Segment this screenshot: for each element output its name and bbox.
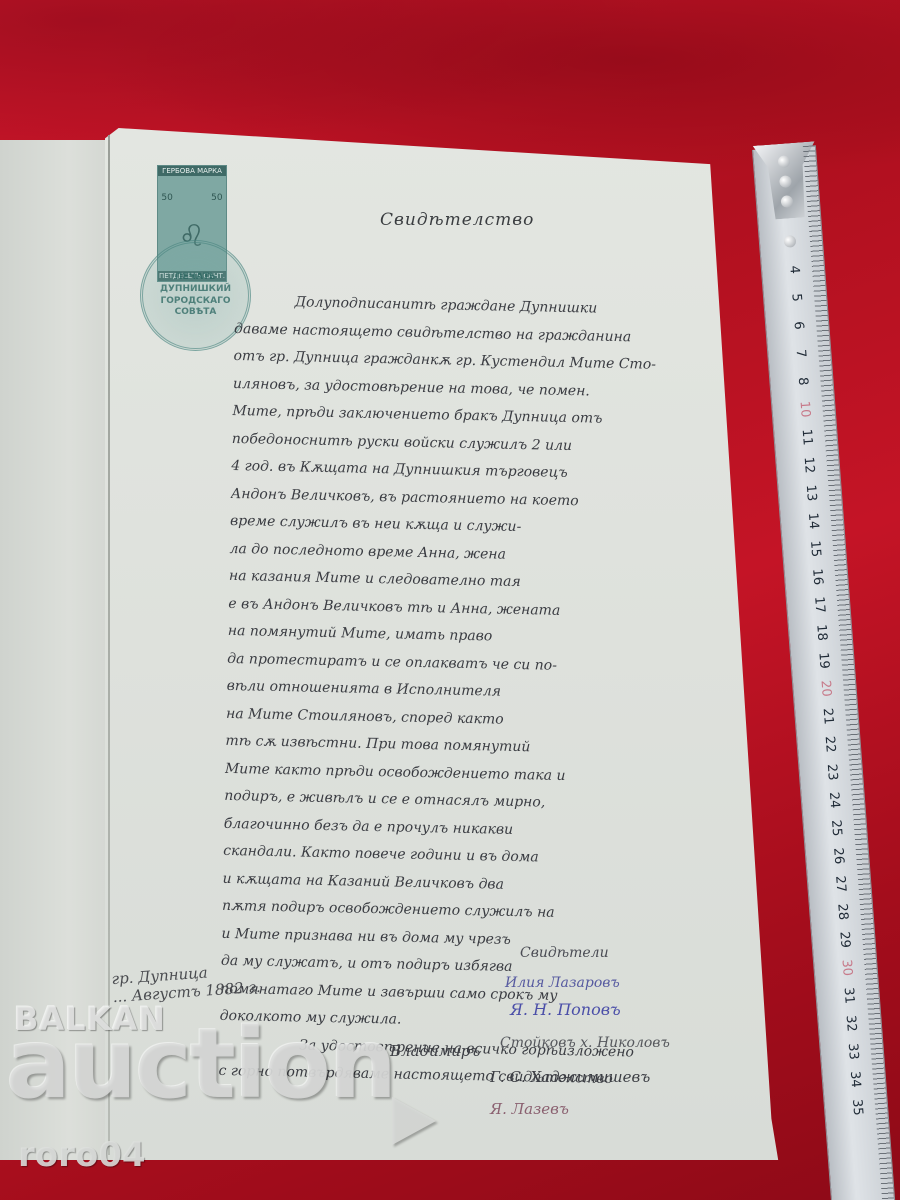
tape-number: 16 — [809, 564, 826, 589]
tape-number: 4 — [786, 257, 803, 282]
tape-number: 14 — [805, 508, 822, 533]
stamp-value-right: 50 — [211, 193, 222, 203]
watermark-play-arrow-icon — [392, 1097, 436, 1145]
tape-number: 27 — [832, 871, 849, 896]
tape-number: 30 — [838, 955, 855, 980]
tape-number: 33 — [844, 1039, 861, 1064]
tape-number: 31 — [840, 983, 857, 1008]
tape-number: 19 — [815, 648, 832, 673]
watermark-username: roro04 — [18, 1135, 146, 1175]
signature: Я. Лазевъ — [490, 1100, 569, 1118]
tape-number: 5 — [788, 285, 805, 310]
signature: Г. С. Хаджимишевъ — [490, 1068, 650, 1086]
seal-line: СОВѢТА — [175, 307, 217, 319]
tape-number: 10 — [796, 397, 813, 422]
signatures-header: Свидѣтели — [520, 945, 609, 961]
tape-number: 6 — [790, 313, 807, 338]
tape-number: 21 — [819, 704, 836, 729]
seal-line: ПЕЧАТЬ — [175, 272, 216, 284]
watermark-brand-main: auction — [6, 1008, 395, 1120]
document-title: Свидѣтелство — [380, 210, 534, 230]
tape-number: 29 — [836, 927, 853, 952]
document-body: Долуподписанитѣ граждане Дупнишки даваме… — [218, 288, 755, 1096]
tape-number: 15 — [807, 536, 824, 561]
tape-number: 25 — [828, 816, 845, 841]
tape-number: 28 — [834, 899, 851, 924]
stamp-values: 50 50 — [161, 193, 222, 203]
tape-number: 23 — [824, 760, 841, 785]
tape-number: 26 — [830, 843, 847, 868]
tape-number: 8 — [794, 369, 811, 394]
tape-number: 12 — [800, 453, 817, 478]
tape-number: 17 — [811, 592, 828, 617]
tape-number: 32 — [842, 1011, 859, 1036]
signature: Стойковъ х. Николовъ — [500, 1035, 670, 1051]
tape-number: 7 — [792, 341, 809, 366]
tape-number: 11 — [798, 425, 815, 450]
signature: Я. Н. Поповъ — [510, 1000, 621, 1019]
tape-number: 18 — [813, 620, 830, 645]
signature-left: Владимиръ — [390, 1042, 480, 1060]
tape-number: 20 — [817, 676, 834, 701]
stamp-value-left: 50 — [161, 193, 172, 203]
tape-number: 22 — [821, 732, 838, 757]
stamp-top-label: ГЕРБОВА МАРКА — [158, 166, 226, 176]
tape-number: 13 — [803, 481, 820, 506]
rivet-icon — [784, 235, 797, 248]
tape-number: 34 — [847, 1067, 864, 1092]
tape-number: 24 — [826, 788, 843, 813]
signature: Илия Лазаровъ — [505, 975, 620, 991]
tape-number: 35 — [849, 1095, 866, 1120]
seal-line: ГОРОДСКАГО — [161, 296, 231, 308]
tape-measure: 4 5 6 7 8 10 11 12 13 14 15 16 17 18 19 … — [752, 145, 895, 1200]
seal-line: ДУПНИШКИЙ — [160, 284, 231, 296]
